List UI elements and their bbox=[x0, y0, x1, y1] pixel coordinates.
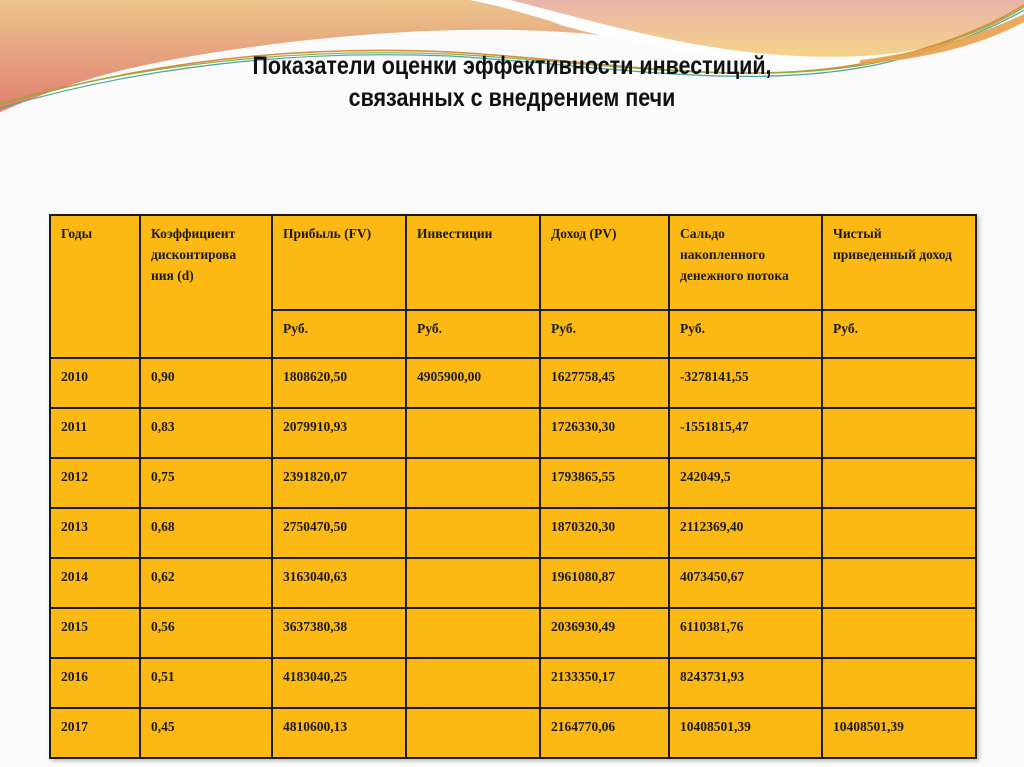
cell-npv bbox=[822, 508, 976, 558]
table-row: 20140,623163040,631961080,874073450,67 bbox=[50, 558, 976, 608]
cell-npv bbox=[822, 408, 976, 458]
cell-balance: 2112369,40 bbox=[669, 508, 822, 558]
table-row: 20160,514183040,252133350,178243731,93 bbox=[50, 658, 976, 708]
cell-profit: 2391820,07 bbox=[272, 458, 406, 508]
cell-year: 2016 bbox=[50, 658, 140, 708]
table-row: 20120,752391820,071793865,55242049,5 bbox=[50, 458, 976, 508]
unit-cell: Руб. bbox=[406, 310, 540, 358]
cell-income: 1627758,45 bbox=[540, 358, 669, 408]
slide-title: Показатели оценки эффективности инвестиц… bbox=[72, 50, 953, 114]
cell-year: 2011 bbox=[50, 408, 140, 458]
cell-balance: 4073450,67 bbox=[669, 558, 822, 608]
cell-discount: 0,51 bbox=[140, 658, 272, 708]
cell-income: 1870320,30 bbox=[540, 508, 669, 558]
cell-profit: 4810600,13 bbox=[272, 708, 406, 758]
cell-discount: 0,56 bbox=[140, 608, 272, 658]
header-net-present-value: Чистый приведенный доход bbox=[822, 215, 976, 310]
table-row: 20100,901808620,504905900,001627758,45-3… bbox=[50, 358, 976, 408]
cell-income: 2036930,49 bbox=[540, 608, 669, 658]
cell-balance: -3278141,55 bbox=[669, 358, 822, 408]
header-discount-coefficient: Коэффициент дисконтирова ния (d) bbox=[140, 215, 272, 358]
title-line-1: Показатели оценки эффективности инвестиц… bbox=[72, 50, 953, 82]
investment-efficiency-table: Годы Коэффициент дисконтирова ния (d) Пр… bbox=[49, 214, 977, 759]
header-years: Годы bbox=[50, 215, 140, 358]
header-income-pv: Доход (PV) bbox=[540, 215, 669, 310]
cell-npv bbox=[822, 358, 976, 408]
unit-cell: Руб. bbox=[540, 310, 669, 358]
header-investments: Инвестиции bbox=[406, 215, 540, 310]
cell-balance: 10408501,39 bbox=[669, 708, 822, 758]
cell-npv bbox=[822, 608, 976, 658]
cell-discount: 0,83 bbox=[140, 408, 272, 458]
cell-investment bbox=[406, 708, 540, 758]
cell-balance: 6110381,76 bbox=[669, 608, 822, 658]
cell-npv bbox=[822, 658, 976, 708]
cell-balance: 8243731,93 bbox=[669, 658, 822, 708]
cell-income: 2133350,17 bbox=[540, 658, 669, 708]
cell-profit: 3163040,63 bbox=[272, 558, 406, 608]
cell-balance: -1551815,47 bbox=[669, 408, 822, 458]
cell-discount: 0,75 bbox=[140, 458, 272, 508]
unit-cell: Руб. bbox=[272, 310, 406, 358]
cell-investment bbox=[406, 508, 540, 558]
table-row: 20110,832079910,931726330,30-1551815,47 bbox=[50, 408, 976, 458]
cell-income: 1961080,87 bbox=[540, 558, 669, 608]
cell-investment bbox=[406, 408, 540, 458]
cell-investment bbox=[406, 558, 540, 608]
cell-investment: 4905900,00 bbox=[406, 358, 540, 408]
cell-investment bbox=[406, 658, 540, 708]
cell-year: 2017 bbox=[50, 708, 140, 758]
header-profit-fv: Прибыль (FV) bbox=[272, 215, 406, 310]
header-cash-flow-balance: Сальдо накопленного денежного потока bbox=[669, 215, 822, 310]
cell-discount: 0,45 bbox=[140, 708, 272, 758]
cell-profit: 2079910,93 bbox=[272, 408, 406, 458]
cell-profit: 1808620,50 bbox=[272, 358, 406, 408]
cell-balance: 242049,5 bbox=[669, 458, 822, 508]
cell-npv bbox=[822, 558, 976, 608]
cell-npv: 10408501,39 bbox=[822, 708, 976, 758]
cell-year: 2015 bbox=[50, 608, 140, 658]
header-row: Годы Коэффициент дисконтирова ния (d) Пр… bbox=[50, 215, 976, 310]
cell-year: 2014 bbox=[50, 558, 140, 608]
table-row: 20130,682750470,501870320,302112369,40 bbox=[50, 508, 976, 558]
title-line-2: связанных с внедрением печи bbox=[72, 82, 953, 114]
cell-year: 2012 bbox=[50, 458, 140, 508]
cell-discount: 0,62 bbox=[140, 558, 272, 608]
table-row: 20150,563637380,382036930,496110381,76 bbox=[50, 608, 976, 658]
cell-discount: 0,68 bbox=[140, 508, 272, 558]
cell-income: 1726330,30 bbox=[540, 408, 669, 458]
cell-income: 1793865,55 bbox=[540, 458, 669, 508]
cell-investment bbox=[406, 608, 540, 658]
unit-cell: Руб. bbox=[822, 310, 976, 358]
cell-year: 2013 bbox=[50, 508, 140, 558]
cell-profit: 4183040,25 bbox=[272, 658, 406, 708]
cell-year: 2010 bbox=[50, 358, 140, 408]
cell-profit: 3637380,38 bbox=[272, 608, 406, 658]
cell-discount: 0,90 bbox=[140, 358, 272, 408]
cell-profit: 2750470,50 bbox=[272, 508, 406, 558]
cell-income: 2164770,06 bbox=[540, 708, 669, 758]
cell-investment bbox=[406, 458, 540, 508]
cell-npv bbox=[822, 458, 976, 508]
table-row: 20170,454810600,132164770,0610408501,391… bbox=[50, 708, 976, 758]
unit-cell: Руб. bbox=[669, 310, 822, 358]
